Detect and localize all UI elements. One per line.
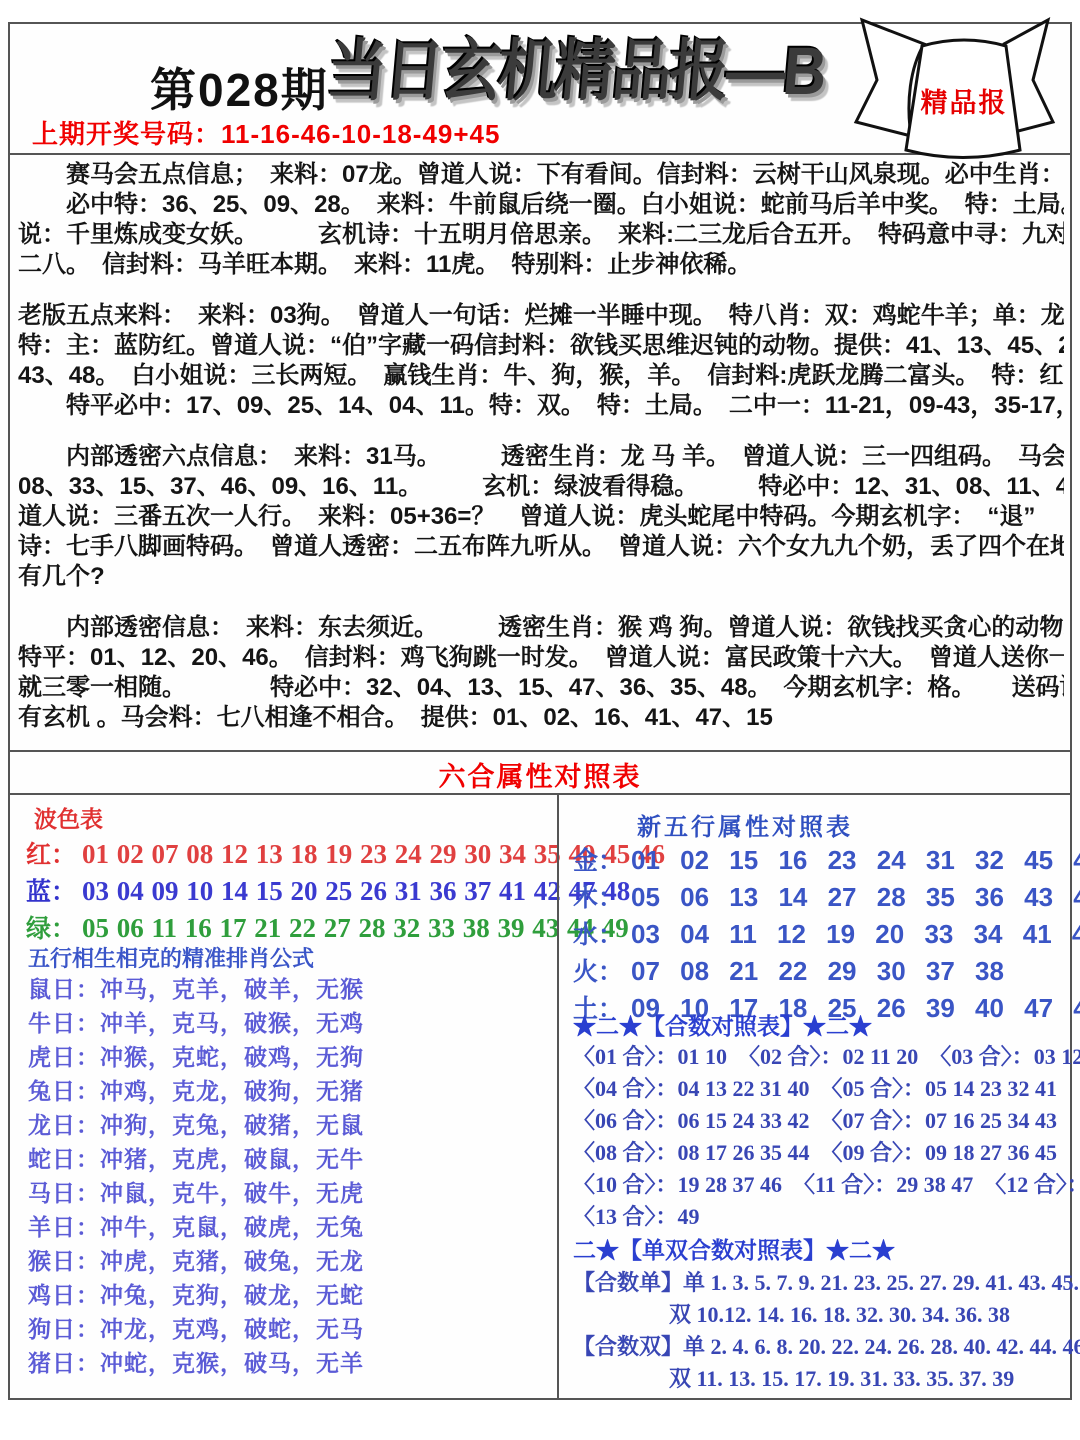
zodiac-line-dragon: 龙日：冲狗，克兔，破猪，无鼠: [28, 1107, 364, 1140]
hesu-line: 〈08 合〉：08 17 26 35 44 〈09 合〉：09 18 27 36…: [573, 1136, 1057, 1167]
danshuang-line: 【合数双】单 2. 4. 6. 8. 20. 22. 24. 26. 28. 4…: [573, 1330, 1080, 1361]
wuxing-label: 金：: [573, 847, 623, 875]
zodiac-line-ox: 牛日：冲羊，克马，破猴，无鸡: [28, 1005, 364, 1038]
tip-line: 老版五点来料： 来料：03狗。 曾道人一句话：烂摊一半睡中现。 特八肖：双：鸡蛇…: [18, 301, 1064, 331]
tip-line: 特平：01、12、20、46。 信封料：鸡飞狗跳一时发。 曾道人说：富民政策十六…: [18, 643, 1064, 673]
tip-line: 必中特：36、25、09、28。 来料：牛前鼠后绕一圈。白小姐说：蛇前马后羊中奖…: [18, 190, 1064, 220]
last-draw-numbers: 上期开奖号码：11-16-46-10-18-49+45: [32, 114, 500, 151]
tip-line: 说：千里炼成变女妖。 玄机诗：十五明月倍思亲。 来料:二三龙后合五开。 特码意中…: [18, 220, 1064, 250]
wuxing-label: 火：: [573, 958, 623, 986]
wuxing-label: 水：: [573, 921, 623, 949]
issue-number: 第028期: [150, 54, 329, 120]
section-banner-title: 六合属性对照表: [10, 755, 1070, 794]
wuxing-row-wood: 木：05 06 13 14 27 28 35 36 43 44: [573, 878, 1080, 914]
wuxing-row-water: 水：03 04 11 12 19 20 33 34 41 42 49: [573, 915, 1080, 951]
hesu-line: 〈13 合〉：49: [573, 1200, 700, 1231]
wuxing-row-metal: 金：01 02 15 16 23 24 31 32 45 46: [573, 841, 1080, 877]
zodiac-line-pig: 猪日：冲蛇，克猴，破马，无羊: [28, 1345, 364, 1378]
bose-table-title: 波色表: [34, 801, 103, 834]
tip-line: 特平必中：17、09、25、14、04、11。特：双。 特：土局。 二中一：11…: [18, 391, 1064, 421]
green-wave-row: 绿：05 06 11 16 17 21 22 27 28 32 33 38 39…: [26, 909, 629, 945]
red-wave-label: 红：: [26, 841, 76, 869]
green-wave-numbers: 05 06 11 16 17 21 22 27 28 32 33 38 39 4…: [82, 913, 629, 943]
tip-line: 43、48。 白小姐说：三长两短。 赢钱生肖：牛、狗，猴，羊。 信封料:虎跃龙腾…: [18, 361, 1064, 391]
tip-line: 道人说：三番五次一人行。 来料：05+36=？ 曾道人说：虎头蛇尾中特码。今期玄…: [18, 502, 1064, 532]
hesu-line: 〈06 合〉：06 15 24 33 42 〈07 合〉：07 16 25 34…: [573, 1104, 1057, 1135]
zodiac-line-tiger: 虎日：冲猴，克蛇，破鸡，无狗: [28, 1039, 364, 1072]
wuxing-numbers: 05 06 13 14 27 28 35 36 43 44: [631, 882, 1080, 912]
lottery-tip-sheet: 第028期 当日玄机精品报—B 上期开奖号码：11-16-46-10-18-49…: [0, 0, 1080, 1440]
tip-line: 二八。 信封料：马羊旺本期。 来料：11虎。 特别料：止步神依稀。: [18, 250, 1064, 280]
wuxing-table-title: 新五行属性对照表: [637, 807, 853, 842]
wuxing-numbers: 07 08 21 22 29 30 37 38: [631, 956, 1004, 986]
zodiac-line-dog: 狗日：冲龙，克鸡，破蛇，无马: [28, 1311, 364, 1344]
tip-paragraph-2: 老版五点来料： 来料：03狗。 曾道人一句话：烂摊一半睡中现。 特八肖：双：鸡蛇…: [18, 301, 1064, 421]
green-wave-label: 绿：: [26, 915, 76, 943]
danshuang-line: 双 10.12. 14. 16. 18. 32. 30. 34. 36. 38: [573, 1298, 1010, 1329]
color-table-panel: 波色表 红：01 02 07 08 12 13 18 19 23 24 29 3…: [10, 795, 557, 1398]
banner-divider-top: [10, 750, 1070, 752]
hesu-line: 〈04 合〉：04 13 22 31 40 〈05 合〉：05 14 23 32…: [573, 1072, 1057, 1103]
zodiac-line-monkey: 猴日：冲虎，克猪，破兔，无龙: [28, 1243, 364, 1276]
tip-line: 诗：七手八脚画特码。 曾道人透密：二五布阵九听从。 曾道人说：六个女九九个奶，丢…: [18, 532, 1064, 562]
zodiac-line-rooster: 鸡日：冲兔，克狗，破龙，无蛇: [28, 1277, 364, 1310]
tip-line: 08、33、15、37、46、09、16、11。 玄机：绿波看得稳。 特必中：1…: [18, 472, 1064, 502]
tip-line: 有几个?: [18, 562, 1064, 592]
wuxing-label: 木：: [573, 884, 623, 912]
tip-paragraph-4: 内部透密信息： 来料：东去须近。 透密生肖：猴 鸡 狗。曾道人说：欲钱找买贪心的…: [18, 613, 1064, 733]
wuxing-panel: 新五行属性对照表 金：01 02 15 16 23 24 31 32 45 46…: [557, 795, 1070, 1398]
wuxing-numbers: 03 04 11 12 19 20 33 34 41 42 49: [631, 919, 1080, 949]
blue-wave-row: 蓝：03 04 09 10 14 15 20 25 26 31 36 37 41…: [26, 872, 630, 908]
tip-line: 特：主：蓝防红。曾道人说：“伯”字藏一码信封料：欲钱买思维迟钝的动物。提供：41…: [18, 331, 1064, 361]
zodiac-line-rabbit: 兔日：冲鸡，克龙，破狗，无猪: [28, 1073, 364, 1106]
wuxing-row-fire: 火：07 08 21 22 29 30 37 38: [573, 952, 1004, 988]
danshuang-line: 双 11. 13. 15. 17. 19. 31. 33. 35. 37. 39: [573, 1362, 1014, 1393]
hesu-table-title: ★二★【合数对照表】★二★: [573, 1008, 872, 1041]
zodiac-line-horse: 马日：冲鼠，克牛，破牛，无虎: [28, 1175, 364, 1208]
tip-line: 有玄机 。马会料：七八相逢不相合。 提供：01、02、16、41、47、15: [18, 703, 1064, 733]
tip-line: 内部透密信息： 来料：东去须近。 透密生肖：猴 鸡 狗。曾道人说：欲钱找买贪心的…: [18, 613, 1064, 643]
ribbon-badge: 精品报: [848, 0, 1080, 166]
hesu-line: 〈01 合〉：01 10 〈02 合〉：02 11 20 〈03 合〉：03 1…: [573, 1040, 1080, 1071]
ribbon-label: 精品报: [921, 87, 1008, 118]
zodiac-line-snake: 蛇日：冲猪，克虎，破鼠，无牛: [28, 1141, 364, 1174]
tips-section: 赛马会五点信息； 来料：07龙。曾道人说：下有看间。信封料：云树干山风泉现。必中…: [18, 160, 1064, 754]
danshuang-table-title: 二★【单双合数对照表】★二★: [573, 1232, 895, 1265]
zodiac-line-goat: 羊日：冲牛，克鼠，破虎，无兔: [28, 1209, 364, 1242]
zodiac-line-rat: 鼠日：冲马，克羊，破羊，无猴: [28, 971, 364, 1004]
tip-paragraph-1: 赛马会五点信息； 来料：07龙。曾道人说：下有看间。信封料：云树干山风泉现。必中…: [18, 160, 1064, 280]
content-frame: 第028期 当日玄机精品报—B 上期开奖号码：11-16-46-10-18-49…: [8, 22, 1072, 1400]
tip-line: 就三零一相随。 特必中：32、04、13、15、47、36、35、48。 今期玄…: [18, 673, 1064, 703]
formula-title: 五行相生相克的精准排肖公式: [28, 942, 314, 973]
blue-wave-label: 蓝：: [26, 878, 76, 906]
tip-paragraph-3: 内部透密六点信息： 来料：31马。 透密生肖：龙 马 羊。 曾道人说：三一四组码…: [18, 442, 1064, 592]
hesu-line: 〈10 合〉：19 28 37 46 〈11 合〉：29 38 47 〈12 合…: [573, 1168, 1080, 1199]
danshuang-line: 【合数单】单 1. 3. 5. 7. 9. 21. 23. 25. 27. 29…: [573, 1266, 1080, 1297]
wuxing-numbers: 01 02 15 16 23 24 31 32 45 46: [631, 845, 1080, 875]
attribute-tables: 波色表 红：01 02 07 08 12 13 18 19 23 24 29 3…: [10, 795, 1070, 1398]
tip-line: 内部透密六点信息： 来料：31马。 透密生肖：龙 马 羊。 曾道人说：三一四组码…: [18, 442, 1064, 472]
blue-wave-numbers: 03 04 09 10 14 15 20 25 26 31 36 37 41 4…: [82, 876, 630, 906]
masthead-title: 当日玄机精品报—B: [324, 18, 829, 114]
